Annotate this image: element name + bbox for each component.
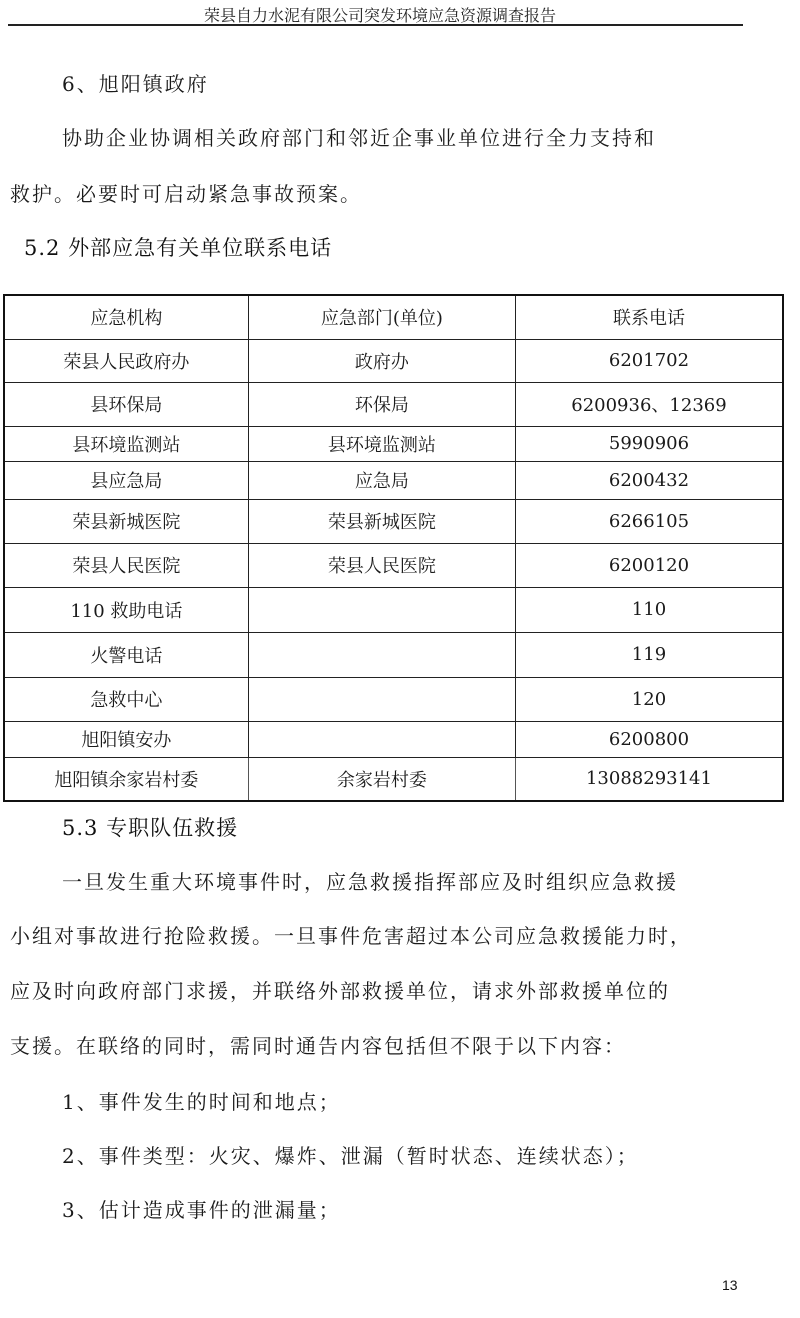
running-header: 荣县自力水泥有限公司突发环境应急资源调查报告 <box>0 3 760 26</box>
table-row: 110 救助电话 110 <box>4 587 783 632</box>
cell-department <box>248 721 515 757</box>
cell-agency: 旭阳镇余家岩村委 <box>4 757 248 801</box>
cell-phone: 13088293141 <box>515 757 783 801</box>
table-row: 县环境监测站 县环境监测站 5990906 <box>4 426 783 461</box>
cell-phone: 6200120 <box>515 543 783 587</box>
cell-agency: 旭阳镇安办 <box>4 721 248 757</box>
section-6-para-line-1: 协助企业协调相关政府部门和邻近企事业单位进行全力支持和 <box>62 122 656 151</box>
cell-phone: 5990906 <box>515 426 783 461</box>
cell-phone: 6266105 <box>515 499 783 543</box>
cell-phone: 6200432 <box>515 461 783 499</box>
section-6-para-line-2: 救护。必要时可启动紧急事故预案。 <box>10 178 362 207</box>
table-row: 火警电话 119 <box>4 632 783 677</box>
cell-department: 环保局 <box>248 382 515 426</box>
table-row: 荣县人民医院 荣县人民医院 6200120 <box>4 543 783 587</box>
header-rule <box>8 24 743 26</box>
cell-agency: 县应急局 <box>4 461 248 499</box>
cell-department: 荣县人民医院 <box>248 543 515 587</box>
cell-agency: 荣县人民医院 <box>4 543 248 587</box>
cell-department <box>248 677 515 721</box>
table-row: 旭阳镇安办 6200800 <box>4 721 783 757</box>
section-5-3-para-line: 支援。在联络的同时，需同时通告内容包括但不限于以下内容： <box>10 1030 626 1059</box>
cell-agency: 县环境监测站 <box>4 426 248 461</box>
column-header: 联系电话 <box>515 295 783 339</box>
cell-department: 荣县新城医院 <box>248 499 515 543</box>
cell-department: 县环境监测站 <box>248 426 515 461</box>
cell-agency: 荣县人民政府办 <box>4 339 248 382</box>
table-row: 急救中心 120 <box>4 677 783 721</box>
cell-phone: 6200936、12369 <box>515 382 783 426</box>
contacts-table: 应急机构 应急部门(单位) 联系电话 荣县人民政府办 政府办 6201702 县… <box>3 294 784 802</box>
column-header: 应急部门(单位) <box>248 295 515 339</box>
cell-agency: 急救中心 <box>4 677 248 721</box>
cell-phone: 119 <box>515 632 783 677</box>
cell-department: 应急局 <box>248 461 515 499</box>
table-row: 县应急局 应急局 6200432 <box>4 461 783 499</box>
notification-list-item: 1、事件发生的时间和地点； <box>62 1086 341 1115</box>
cell-department: 政府办 <box>248 339 515 382</box>
cell-agency: 荣县新城医院 <box>4 499 248 543</box>
table-row: 荣县人民政府办 政府办 6201702 <box>4 339 783 382</box>
section-5-3-para-line: 小组对事故进行抢险救援。一旦事件危害超过本公司应急救援能力时， <box>10 920 692 949</box>
cell-phone: 110 <box>515 587 783 632</box>
cell-agency: 火警电话 <box>4 632 248 677</box>
page-number: 13 <box>722 1277 738 1293</box>
cell-phone: 6200800 <box>515 721 783 757</box>
section-5-2-heading: 5.2 外部应急有关单位联系电话 <box>24 232 332 262</box>
section-5-3-para-line: 应及时向政府部门求援，并联络外部救援单位，请求外部救援单位的 <box>10 975 670 1004</box>
notification-list-item: 2、事件类型：火灾、爆炸、泄漏（暂时状态、连续状态）； <box>62 1140 639 1169</box>
cell-phone: 120 <box>515 677 783 721</box>
section-6-heading: 6、旭阳镇政府 <box>62 68 209 97</box>
cell-department: 余家岩村委 <box>248 757 515 801</box>
cell-agency: 县环保局 <box>4 382 248 426</box>
cell-agency: 110 救助电话 <box>4 587 248 632</box>
cell-phone: 6201702 <box>515 339 783 382</box>
table-row: 旭阳镇余家岩村委 余家岩村委 13088293141 <box>4 757 783 801</box>
cell-department <box>248 632 515 677</box>
section-5-3-para-line: 一旦发生重大环境事件时，应急救援指挥部应及时组织应急救援 <box>62 866 678 895</box>
table-header-row: 应急机构 应急部门(单位) 联系电话 <box>4 295 783 339</box>
notification-list-item: 3、估计造成事件的泄漏量； <box>62 1194 341 1223</box>
table-row: 县环保局 环保局 6200936、12369 <box>4 382 783 426</box>
table-row: 荣县新城医院 荣县新城医院 6266105 <box>4 499 783 543</box>
section-5-3-heading: 5.3 专职队伍救援 <box>62 812 238 842</box>
column-header: 应急机构 <box>4 295 248 339</box>
cell-department <box>248 587 515 632</box>
